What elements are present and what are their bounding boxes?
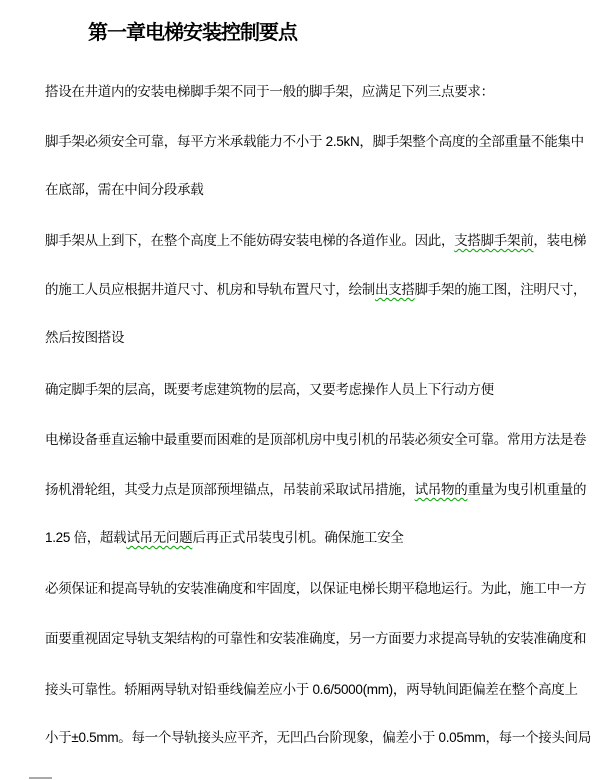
text-segment: 扬机滑轮组，其受力点是顶部预埋锚点，吊装前采取试吊措施， [45,482,415,497]
document-body: 搭设在井道内的安装电梯脚手架不同于一般的脚手架，应满足下列三点要求：脚手架必须安… [0,0,602,780]
text-line: 1.25 倍，超载试吊无问题后再正式吊装曳引机。确保施工安全 [45,530,404,546]
text-segment: 脚手架的施工图，注明尺寸， [415,282,587,297]
text-segment: 重量为曳引机重量的 [467,482,586,497]
text-segment: 接头可靠性。轿厢两导轨对铅垂线偏差应小于 0.6/5000(mm)，两导轨间距偏… [45,682,578,697]
text-line: 脚手架从上到下，在整个高度上不能妨碍安装电梯的各道作业。因此，支搭脚手架前，装电… [45,233,586,249]
text-segment: 必须保证和提高导轨的安装准确度和牢固度，以保证电梯长期平稳地运行。为此，施工中一… [45,581,586,596]
text-segment: 搭设在井道内的安装电梯脚手架不同于一般的脚手架，应满足下列三点要求： [45,84,494,99]
text-segment: 确定脚手架的层高，既要考虑建筑物的层高，又要考虑操作人员上下行动方便 [45,382,494,397]
spellcheck-underlined-text: 支搭脚手架前 [454,233,533,248]
document-page: 第一章电梯安装控制要点 搭设在井道内的安装电梯脚手架不同于一般的脚手架，应满足下… [0,0,602,780]
text-line: 脚手架必须安全可靠，每平方米承载能力不小于 2.5kN，脚手架整个高度的全部重量… [45,134,584,150]
spellcheck-underlined-text: 试吊物的 [415,482,468,497]
text-line: 接头可靠性。轿厢两导轨对铅垂线偏差应小于 0.6/5000(mm)，两导轨间距偏… [45,682,578,698]
text-line: 搭设在井道内的安装电梯脚手架不同于一般的脚手架，应满足下列三点要求： [45,84,494,100]
footnote-divider-mark [29,777,52,779]
text-line: 扬机滑轮组，其受力点是顶部预埋锚点，吊装前采取试吊措施，试吊物的重量为曳引机重量… [45,482,586,498]
text-line: 确定脚手架的层高，既要考虑建筑物的层高，又要考虑操作人员上下行动方便 [45,382,494,398]
text-segment: ，装电梯 [533,233,586,248]
text-segment: 在底部，需在中间分段承载 [45,182,203,197]
text-segment: 脚手架必须安全可靠，每平方米承载能力不小于 2.5kN，脚手架整个高度的全部重量… [45,134,584,149]
text-segment: 电梯设备垂直运输中最重要而困难的是顶部机房中曳引机的吊装必须安全可靠。常用方法是… [45,432,586,447]
text-line: 的施工人员应根据井道尺寸、机房和导轨布置尺寸，绘制出支搭脚手架的施工图，注明尺寸… [45,282,586,298]
text-line: 然后按图搭设 [45,330,124,346]
text-segment: 面要重视固定导轨支架结构的可靠性和安装准确度，另一方面要力求提高导轨的安装准确度… [45,631,586,646]
spellcheck-underlined-text: 试吊无问题 [126,530,192,545]
text-segment: 1.25 倍，超载 [45,530,126,545]
text-segment: 后再正式吊装曳引机。确保施工安全 [192,530,403,545]
text-line: 小于±0.5mm。每一个导轨接头应平齐，无凹凸台阶现象，偏差小于 0.05mm，… [45,730,591,746]
text-segment: 的施工人员应根据井道尺寸、机房和导轨布置尺寸，绘制 [45,282,375,297]
text-segment: 脚手架从上到下，在整个高度上不能妨碍安装电梯的各道作业。因此， [45,233,454,248]
text-line: 电梯设备垂直运输中最重要而困难的是顶部机房中曳引机的吊装必须安全可靠。常用方法是… [45,432,586,448]
text-segment: 小于±0.5mm。每一个导轨接头应平齐，无凹凸台阶现象，偏差小于 0.05mm，… [45,730,591,745]
text-line: 必须保证和提高导轨的安装准确度和牢固度，以保证电梯长期平稳地运行。为此，施工中一… [45,581,586,597]
spellcheck-underlined-text: 出支搭 [375,282,415,297]
text-line: 面要重视固定导轨支架结构的可靠性和安装准确度，另一方面要力求提高导轨的安装准确度… [45,631,586,647]
text-line: 在底部，需在中间分段承载 [45,182,203,198]
text-segment: 然后按图搭设 [45,330,124,345]
